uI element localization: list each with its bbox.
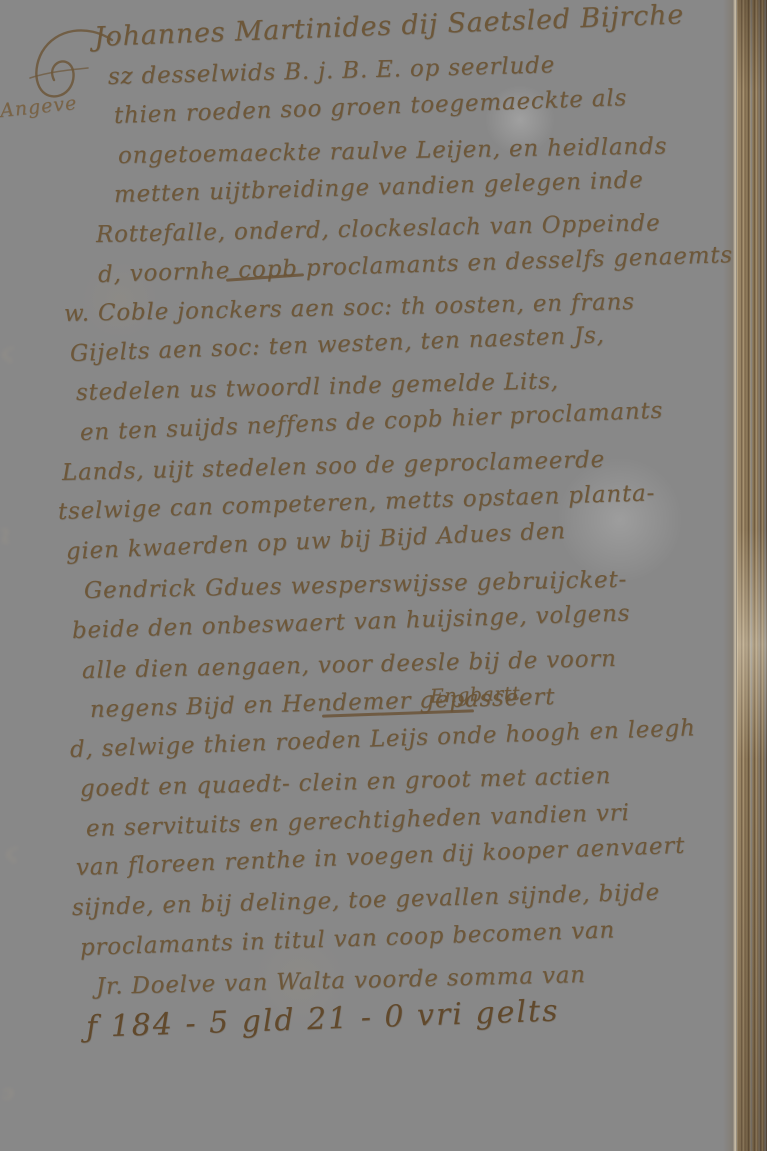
manuscript-page: ϛ ʅ ϛ ͻ Angeve Johannes Martinides dij S…: [0, 0, 767, 1151]
ink-showthrough: ʅ: [0, 520, 11, 545]
ink-showthrough: ϛ: [1, 340, 14, 365]
inserted-word: Engbartt: [430, 682, 521, 707]
ink-showthrough: ͻ: [1, 1080, 14, 1105]
ink-showthrough: ϛ: [5, 840, 18, 865]
book-binding-edge: [737, 0, 767, 1151]
page-curve-shadow: [723, 0, 737, 1151]
manuscript-text-block: Johannes Martinides dij Saetsled Bijrche…: [56, 18, 746, 1047]
